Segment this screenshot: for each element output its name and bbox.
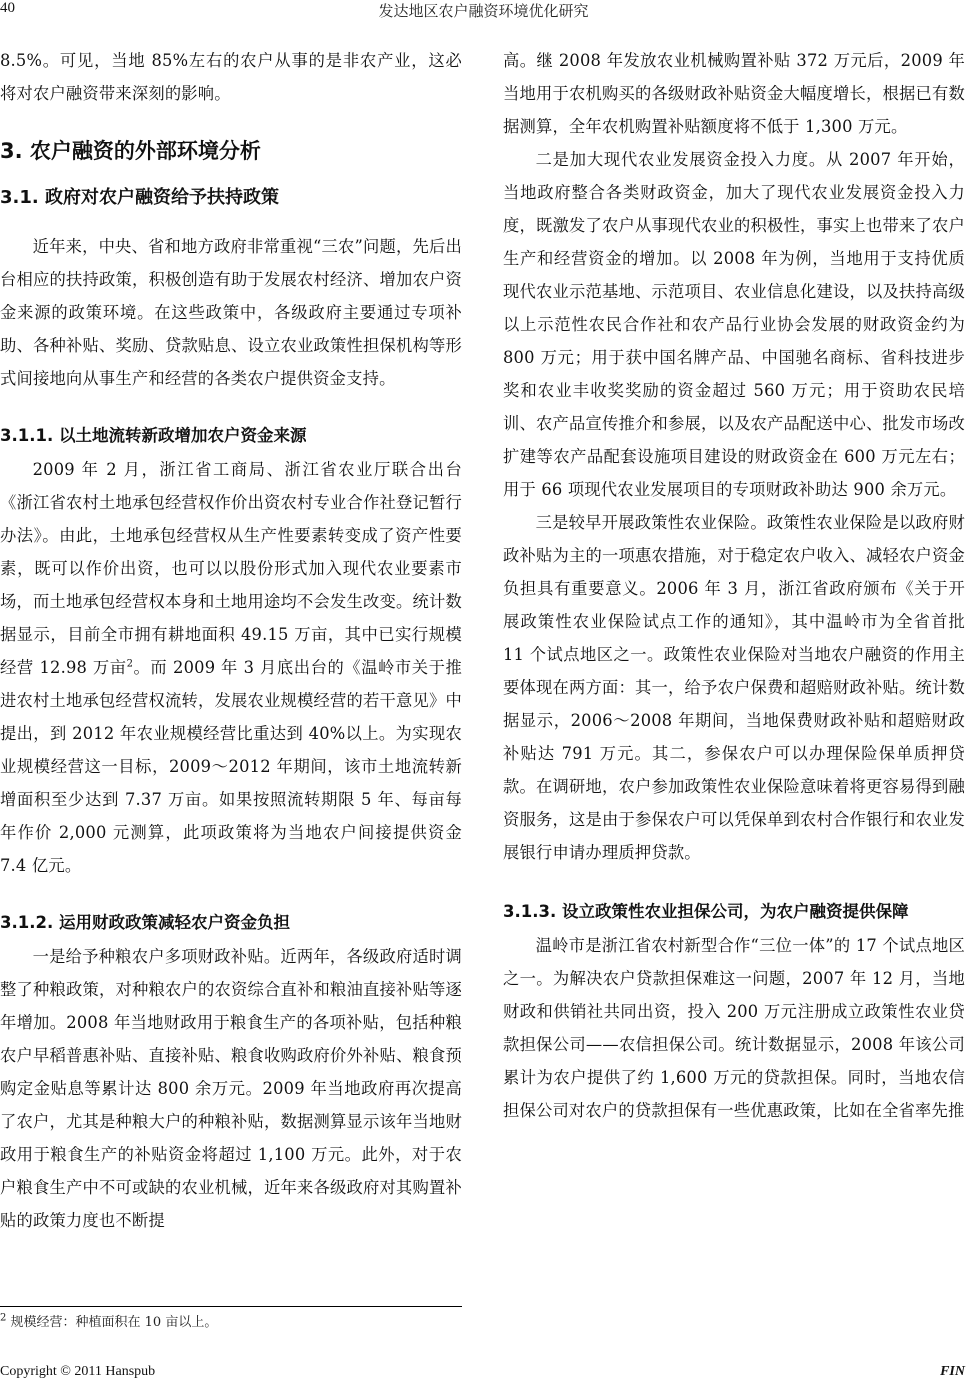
section-3-1-1-paragraph: 2009 年 2 月，浙江省工商局、浙江省农业厅联合出台《浙江省农村土地承包经营… (0, 453, 462, 882)
intro-paragraph: 8.5%。可见，当地 85%左右的农户从事的是非农产业，这必将对农户融资带来深刻… (0, 44, 462, 110)
section-3-1-3-heading: 3.1.3. 设立政策性农业担保公司，为农户融资提供保障 (503, 897, 965, 927)
paragraph-text-a: 2009 年 2 月，浙江省工商局、浙江省农业厅联合出台《浙江省农村土地承包经营… (0, 460, 462, 677)
section-3-1-2-paragraph-1: 一是给予种粮农户多项财政补贴。近两年，各级政府适时调整了种粮政策，对种粮农户的农… (0, 940, 462, 1237)
paragraph-1-continued: 高。继 2008 年发放农业机械购置补贴 372 万元后，2009 年当地用于农… (503, 44, 965, 143)
paragraph-2: 二是加大现代农业发展资金投入力度。从 2007 年开始，当地政府整合各类财政资金… (503, 143, 965, 506)
footnote: 2 规模经营：种植面积在 10 亩以上。 (0, 1311, 217, 1330)
copyright-notice: Copyright © 2011 Hanspub (0, 1364, 155, 1380)
running-title: 发达地区农户融资环境优化研究 (0, 0, 967, 21)
section-3-1-heading: 3.1. 政府对农户融资给予扶持政策 (0, 184, 462, 212)
section-3-heading: 3. 农户融资的外部环境分析 (0, 136, 462, 166)
right-column: 高。继 2008 年发放农业机械购置补贴 372 万元后，2009 年当地用于农… (503, 44, 965, 1127)
journal-abbreviation: FIN (940, 1364, 965, 1380)
paragraph-3: 三是较早开展政策性农业保险。政策性农业保险是以政府财政补贴为主的一项惠农措施，对… (503, 506, 965, 869)
section-3-1-1-heading: 3.1.1. 以土地流转新政增加农户资金来源 (0, 421, 462, 451)
footnote-text: 规模经营：种植面积在 10 亩以上。 (11, 1315, 218, 1330)
footnote-marker: 2 (0, 1313, 6, 1324)
section-3-1-2-heading: 3.1.2. 运用财政政策减轻农户资金负担 (0, 908, 462, 938)
left-column: 8.5%。可见，当地 85%左右的农户从事的是非农产业，这必将对农户融资带来深刻… (0, 44, 462, 1237)
paragraph-text-b: 。而 2009 年 3 月底出台的《温岭市关于推进农村土地承包经营权流转，发展农… (0, 658, 462, 875)
section-3-1-3-paragraph: 温岭市是浙江省农村新型合作“三位一体”的 17 个试点地区之一。为解决农户贷款担… (503, 929, 965, 1127)
section-3-1-paragraph: 近年来，中央、省和地方政府非常重视“三农”问题，先后出台相应的扶持政策，积极创造… (0, 230, 462, 395)
page-header: 40 发达地区农户融资环境优化研究 (0, 0, 967, 28)
footnote-divider (0, 1306, 462, 1307)
